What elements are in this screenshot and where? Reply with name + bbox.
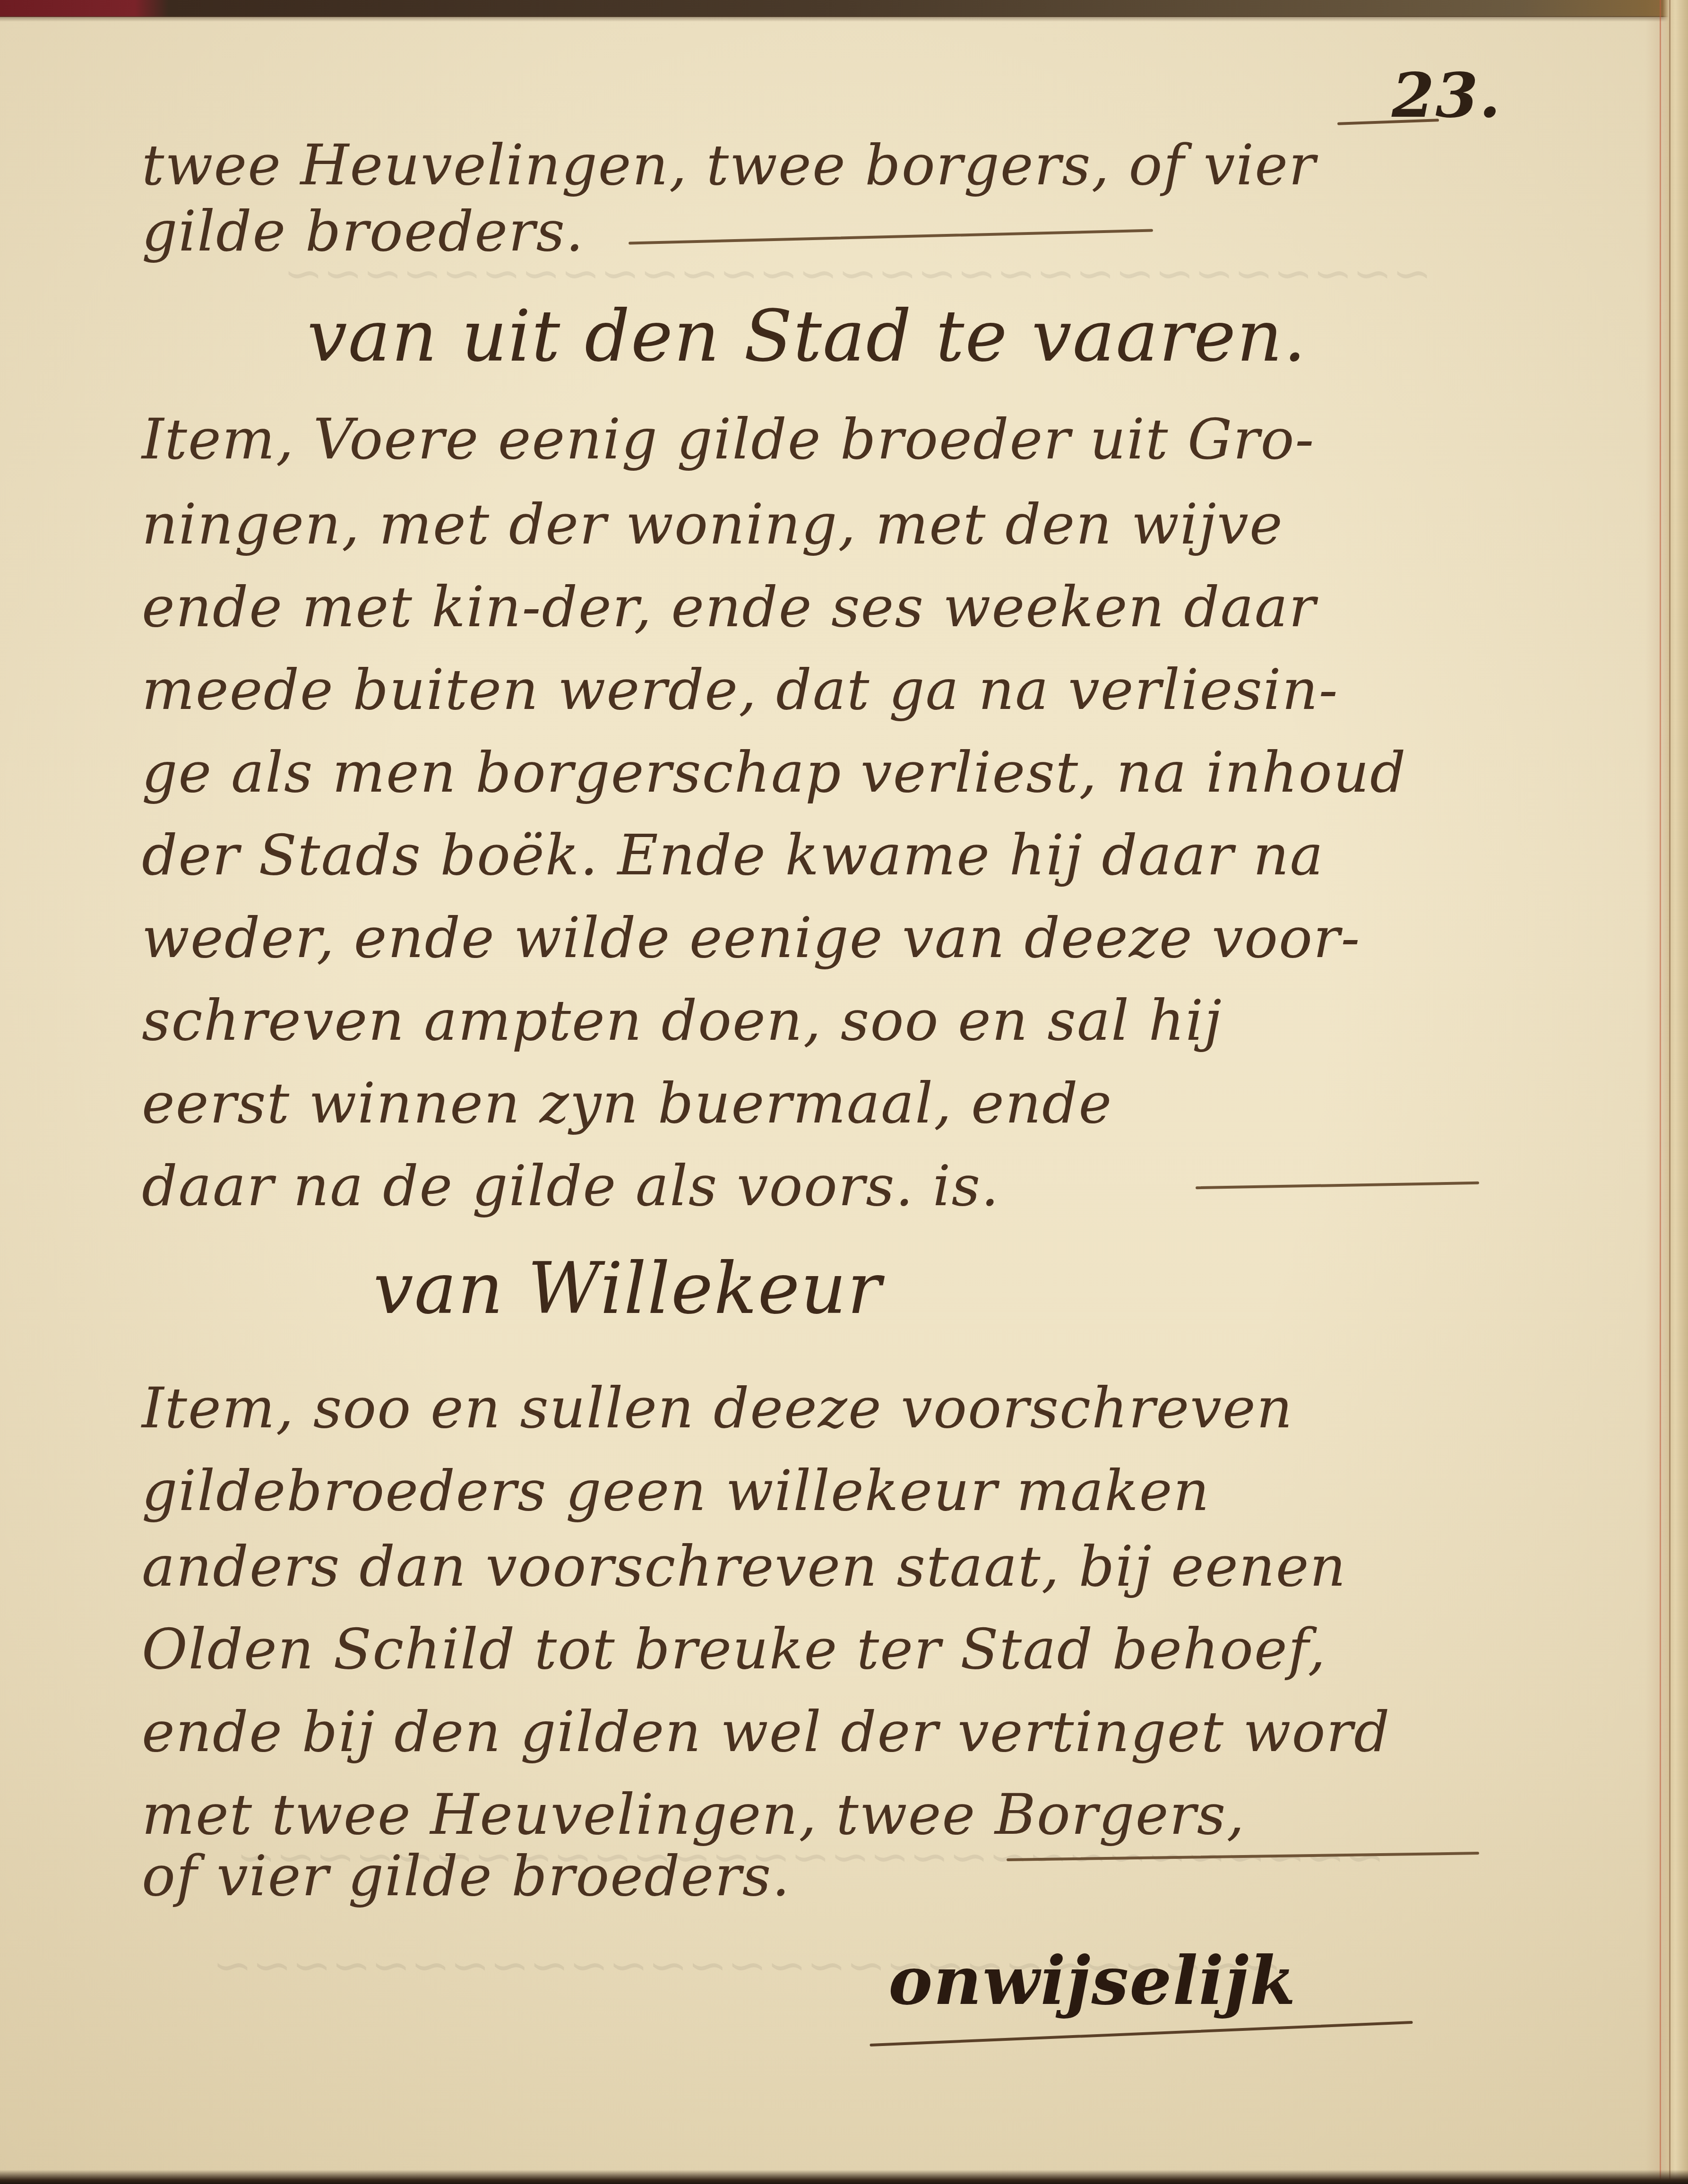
body-line: Item, soo en sullen deeze voorschreven — [142, 1375, 1293, 1441]
signature-annotation: onwijselijk — [888, 1942, 1296, 2020]
margin-rule — [1669, 0, 1671, 2184]
body-line: of vier gilde broeders. — [142, 1843, 791, 1908]
body-line: met twee Heuvelingen, twee Borgers, — [142, 1782, 1245, 1847]
body-line: ge als men borgerschap verliest, na inho… — [142, 740, 1406, 805]
body-line: Item, Voere eenig gilde broeder uit Gro- — [142, 406, 1315, 472]
continuation-line: gilde broeders. — [142, 199, 585, 264]
body-line: gildebroeders geen willekeur maken — [142, 1458, 1210, 1523]
line-filler-rule — [629, 229, 1153, 244]
line-filler-rule — [1196, 1182, 1479, 1189]
body-line: anders dan voorschreven staat, bij eenen — [142, 1534, 1347, 1599]
body-line: der Stads boëk. Ende kwame hij daar na — [142, 822, 1324, 888]
section-heading: van uit den Stad te vaaren. — [307, 295, 1307, 378]
section-heading: van Willekeur — [373, 1248, 882, 1330]
body-line: daar na de gilde als voors. is. — [142, 1153, 999, 1218]
body-line: ende bij den gilden wel der vertinget wo… — [142, 1699, 1391, 1764]
body-line: eerst winnen zyn buermaal, ende — [142, 1070, 1112, 1136]
margin-rule — [1660, 0, 1661, 2184]
signature-underline — [870, 2021, 1412, 2046]
body-line: schreven ampten doen, soo en sal hij — [142, 988, 1223, 1053]
body-line: meede buiten werde, dat ga na verliesin- — [142, 657, 1339, 722]
body-line: weder, ende wilde eenige van deeze voor- — [142, 905, 1361, 970]
body-line: ende met kin-der, ende ses weeken daar — [142, 574, 1317, 639]
body-line: ningen, met der woning, met den wijve — [142, 492, 1283, 557]
continuation-line: twee Heuvelingen, twee borgers, of vier — [142, 132, 1316, 198]
binding-top-edge — [0, 0, 1688, 17]
page-right-edge — [1645, 0, 1688, 2184]
page-bottom-edge — [0, 2170, 1688, 2184]
body-line: Olden Schild tot breuke ter Stad behoef, — [142, 1616, 1326, 1682]
manuscript-page: ~~~~~~~~~~~~~~~~~~~~~~~~~~~~~ ~~~~~~~~~~… — [0, 0, 1688, 2184]
